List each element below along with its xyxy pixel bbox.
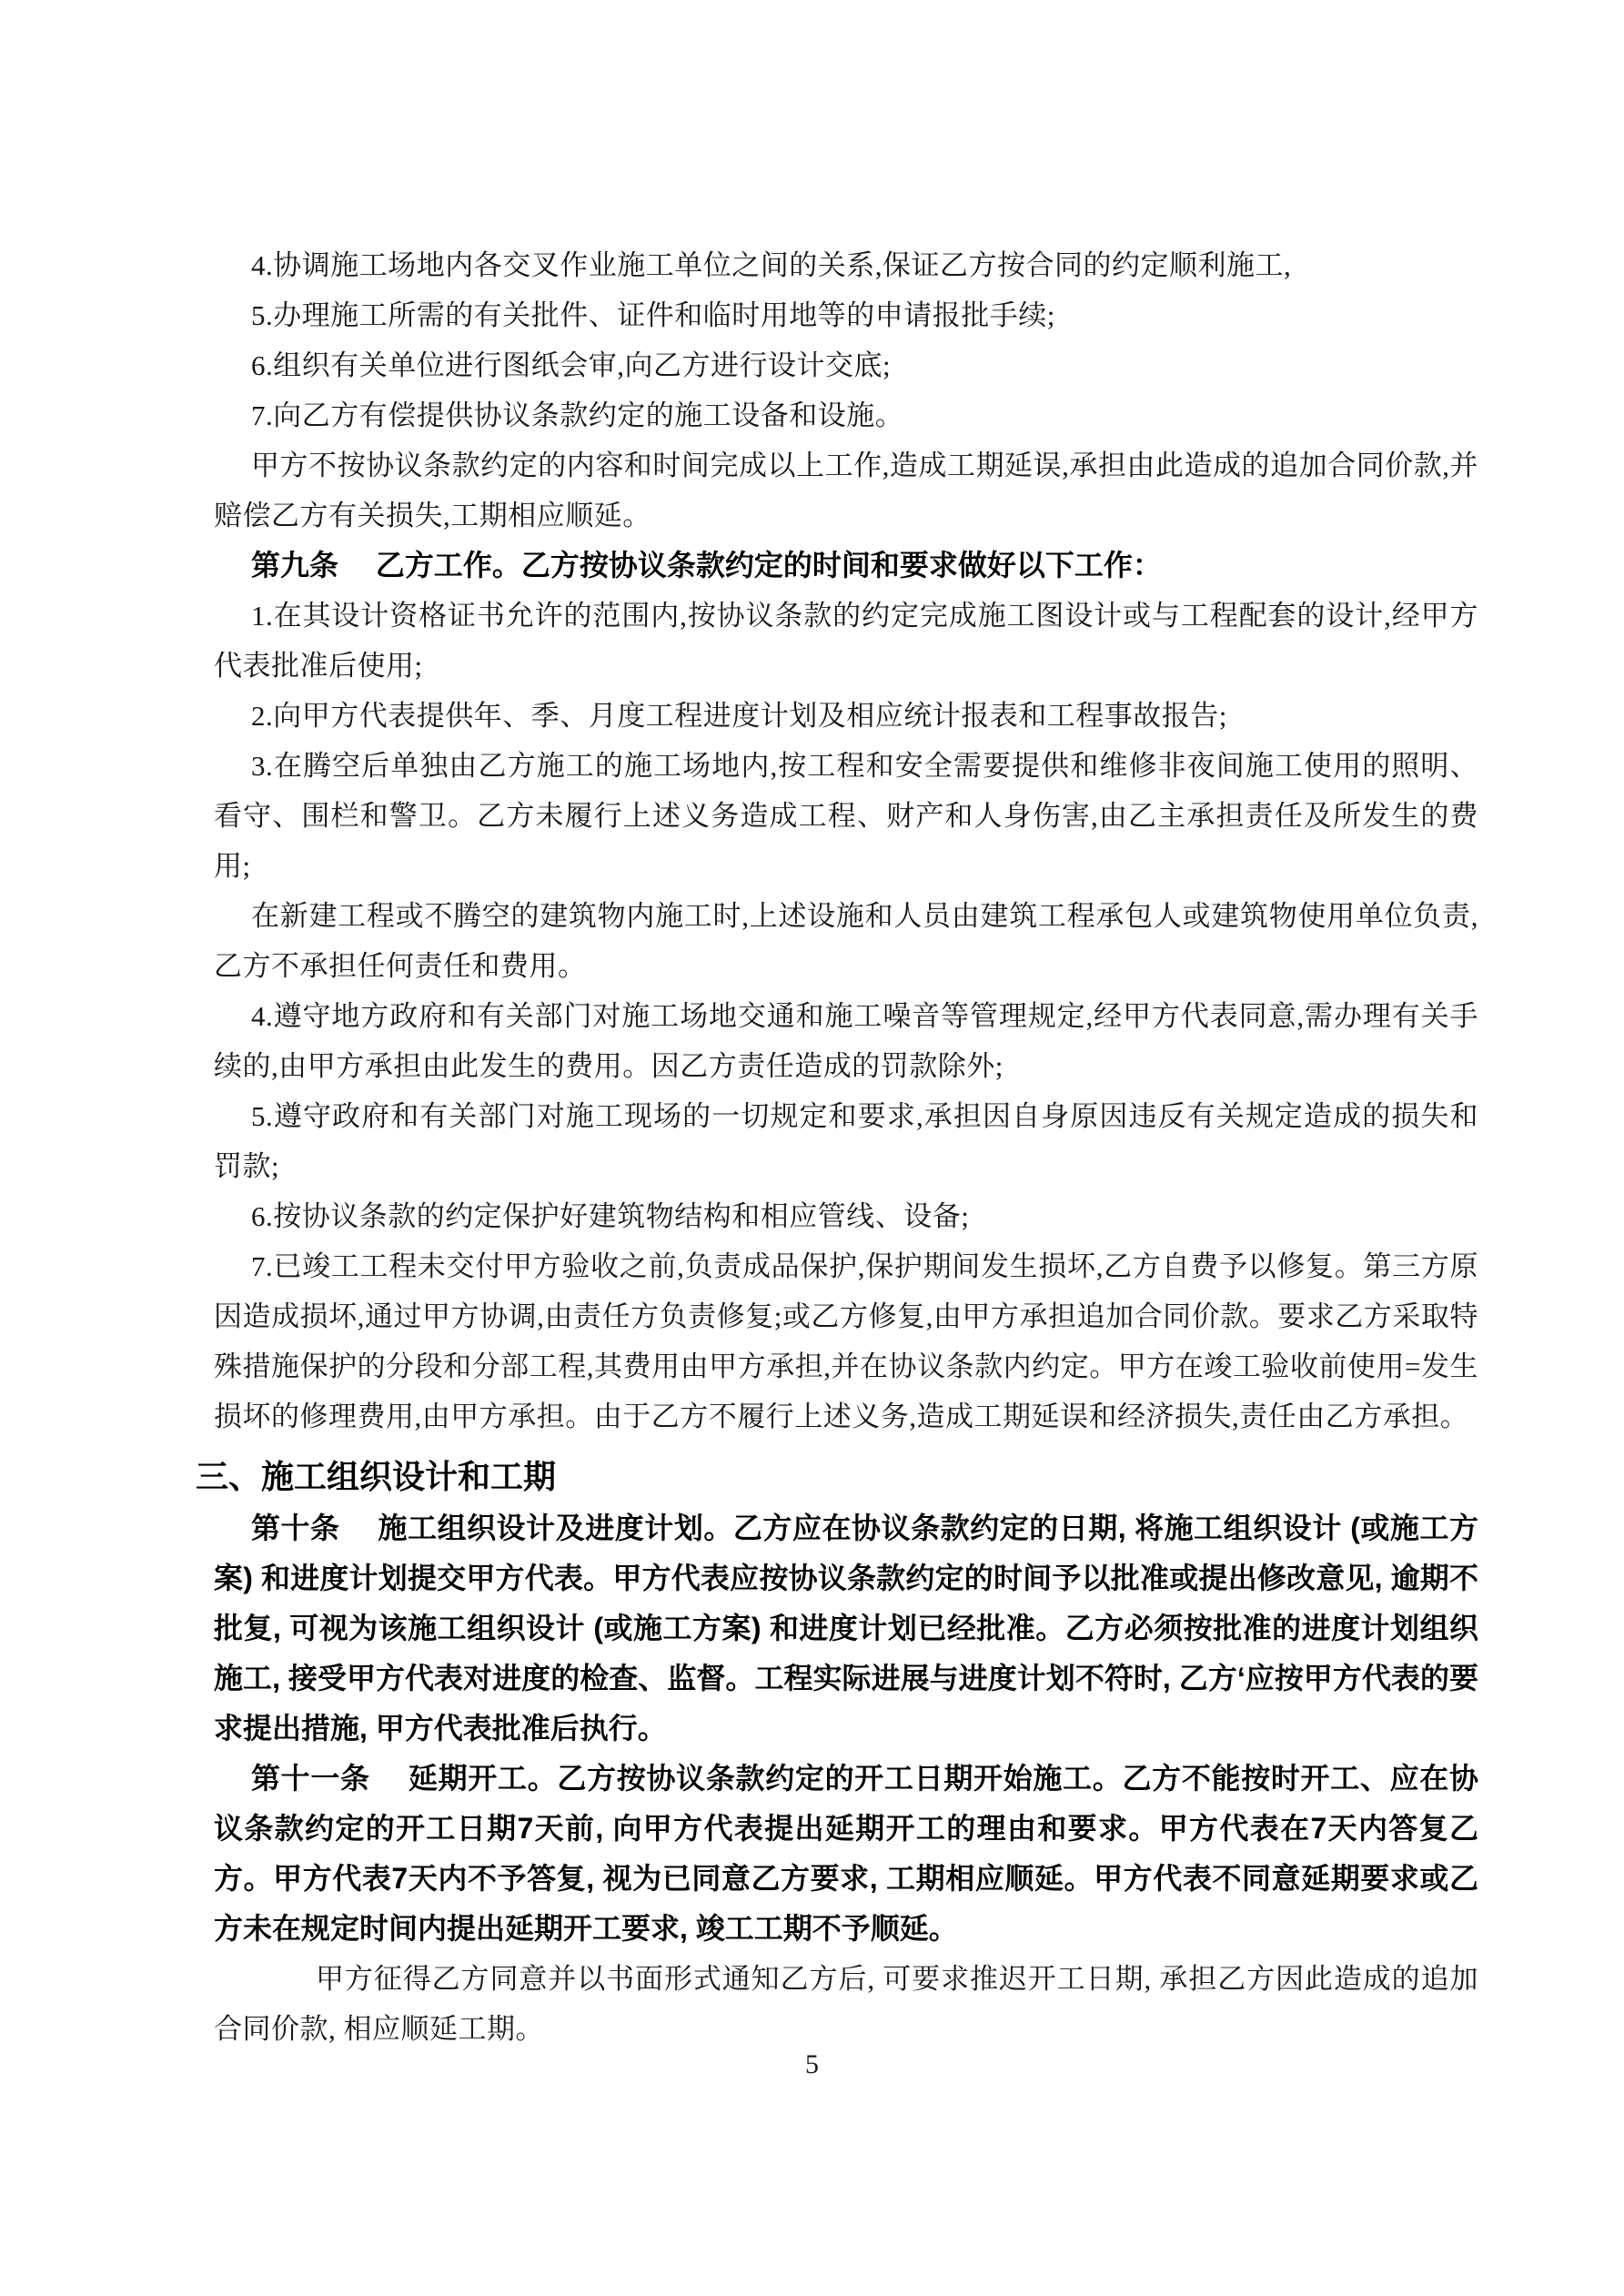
clause-10-paragraph: 第十条 施工组织设计及进度计划。乙方应在协议条款约定的日期, 将施工组织设计 (… bbox=[214, 1503, 1478, 1754]
clause-11-paragraph: 第十一条 延期开工。乙方按协议条款约定的开工日期开始施工。乙方不能按时开工、应在… bbox=[214, 1754, 1478, 1954]
party-a-item-6: 6.组织有关单位进行图纸会审,向乙方进行设计交底; bbox=[214, 340, 1478, 390]
party-b-item-4: 4.遵守地方政府和有关部门对施工场地交通和施工噪音等管理规定,经甲方代表同意,需… bbox=[214, 991, 1478, 1091]
party-b-item-1: 1.在其设计资格证书允许的范围内,按协议条款的约定完成施工图设计或与工程配套的设… bbox=[214, 591, 1478, 691]
party-b-item-3: 3.在腾空后单独由乙方施工的施工场地内,按工程和安全需要提供和维修非夜间施工使用… bbox=[214, 741, 1478, 891]
document-body: 4.协调施工场地内各交叉作业施工单位之间的关系,保证乙方按合同的约定顺利施工, … bbox=[214, 240, 1478, 2054]
party-b-item-7: 7.已竣工工程未交付甲方验收之前,负责成品保护,保护期间发生损坏,乙方自费予以修… bbox=[214, 1241, 1478, 1441]
party-a-default-paragraph: 甲方不按协议条款约定的内容和时间完成以上工作,造成工期延误,承担由此造成的追加合… bbox=[214, 440, 1478, 541]
contract-page: { "document": { "blocks": [ "4.协调施工场地内各交… bbox=[0, 0, 1624, 2296]
section-3-heading: 三、施工组织设计和工期 bbox=[196, 1451, 1478, 1503]
party-b-item-2: 2.向甲方代表提供年、季、月度工程进度计划及相应统计报表和工程事故报告; bbox=[214, 691, 1478, 741]
party-a-item-4: 4.协调施工场地内各交叉作业施工单位之间的关系,保证乙方按合同的约定顺利施工, bbox=[214, 240, 1478, 290]
party-b-item-5: 5.遵守政府和有关部门对施工现场的一切规定和要求,承担因自身原因违反有关规定造成… bbox=[214, 1091, 1478, 1191]
party-b-item-3-note: 在新建工程或不腾空的建筑物内施工时,上述设施和人员由建筑工程承包人或建筑物使用单… bbox=[214, 891, 1478, 991]
postpone-start-paragraph: 甲方征得乙方同意并以书面形式通知乙方后, 可要求推迟开工日期, 承担乙方因此造成… bbox=[214, 1954, 1478, 2054]
party-a-item-5: 5.办理施工所需的有关批件、证件和临时用地等的申请报批手续; bbox=[214, 290, 1478, 340]
party-b-item-6: 6.按协议条款的约定保护好建筑物结构和相应管线、设备; bbox=[214, 1191, 1478, 1241]
page-number: 5 bbox=[0, 2049, 1624, 2080]
party-a-item-7: 7.向乙方有偿提供协议条款约定的施工设备和设施。 bbox=[214, 390, 1478, 440]
clause-9-heading: 第九条 乙方工作。乙方按协议条款约定的时间和要求做好以下工作： bbox=[214, 541, 1478, 591]
